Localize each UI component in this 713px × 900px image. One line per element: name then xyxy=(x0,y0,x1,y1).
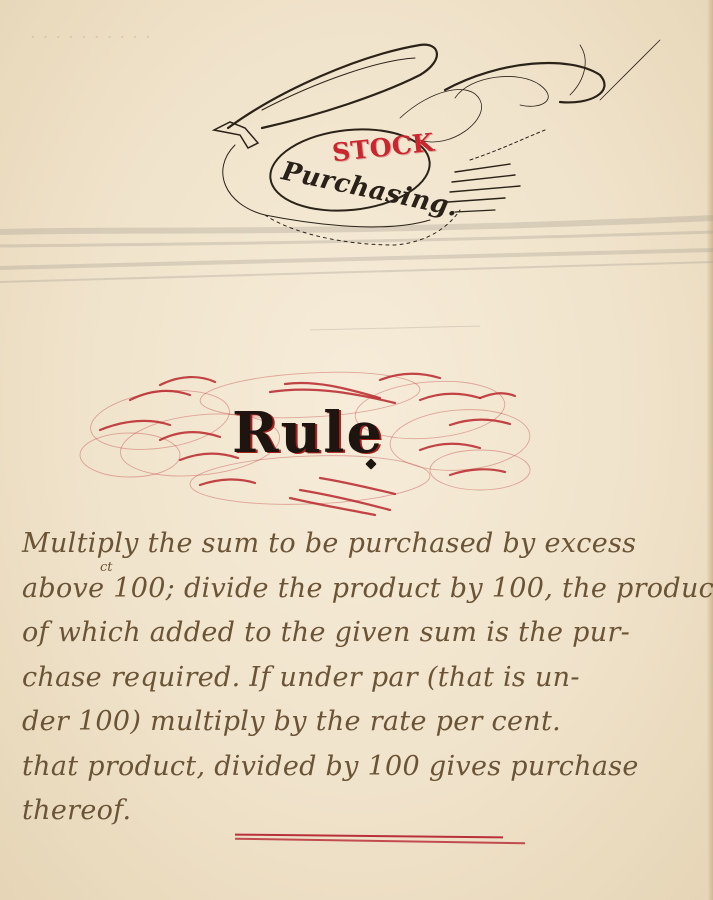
rule-title: Rule xyxy=(232,400,384,466)
body-line-2: above 100; divide the product by 100, th… xyxy=(22,567,712,612)
body-line-4: chase required. If under par (that is un… xyxy=(22,656,712,701)
body-line-1: Multiply the sum to be purchased by exce… xyxy=(22,522,712,567)
body-line-6: that product, divided by 100 gives purch… xyxy=(22,745,712,790)
manuscript-page: · · · · · · · · · · xyxy=(0,0,713,900)
body-line-5: der 100) multiply by the rate per cent. xyxy=(22,700,712,745)
pencil-guideline-marks xyxy=(0,218,713,330)
body-line-7: thereof. xyxy=(22,789,712,834)
body-line-3: of which added to the given sum is the p… xyxy=(22,611,712,656)
rule-body-text: Multiply the sum to be purchased by exce… xyxy=(22,522,712,834)
